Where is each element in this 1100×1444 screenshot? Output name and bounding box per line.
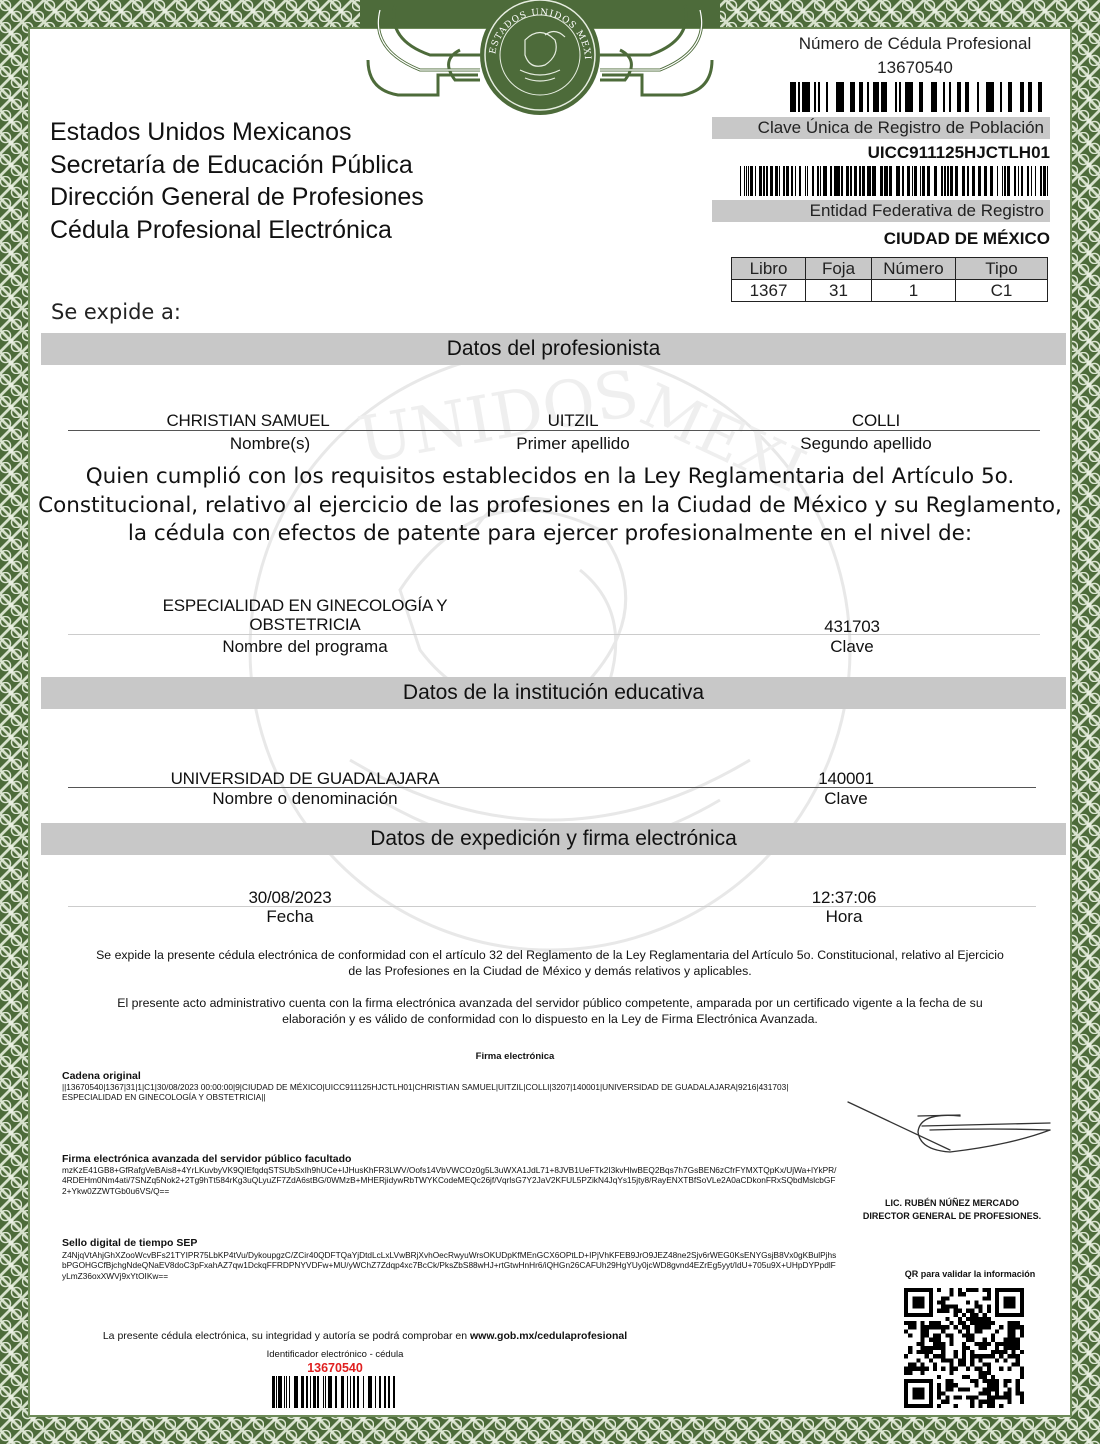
- curp-label-bar: Clave Única de Registro de Población: [712, 117, 1050, 139]
- professional-second-surname: COLLI: [696, 411, 1056, 431]
- program-clave-label: Clave: [752, 637, 952, 657]
- sello-digital-value: Z4NjqVtAhjGhXZooWcvBFs21TYIPR75LbKP4tVu/…: [62, 1250, 837, 1281]
- program-name-line-1: ESPECIALIDAD EN GINECOLOGÍA Y: [130, 596, 480, 615]
- cedula-number: 13670540: [760, 58, 1070, 78]
- legal-paragraph-2-line-2: elaboración y es válido de conformidad c…: [45, 1011, 1055, 1027]
- issuance-date-label: Fecha: [190, 907, 390, 927]
- legal-paragraph-2-line-1: El presente acto administrativo cuenta c…: [45, 995, 1055, 1011]
- cadena-original-label: Cadena original: [62, 1070, 141, 1082]
- cedula-number-label: Número de Cédula Profesional: [760, 34, 1070, 54]
- signer-name: LIC. RUBÉN NÚÑEZ MERCADO: [842, 1197, 1062, 1210]
- identifier-barcode: [272, 1376, 398, 1408]
- qr-label: QR para validar la información: [880, 1269, 1060, 1279]
- legal-paragraph-1-line-2: de las Profesiones en la Ciudad de Méxic…: [45, 963, 1055, 979]
- issuer-header: Estados Unidos Mexicanos Secretaría de E…: [50, 116, 424, 246]
- professional-names: CHRISTIAN SAMUEL: [68, 411, 428, 431]
- header-ministry: Secretaría de Educación Pública: [50, 149, 424, 182]
- identifier-label: Identificador electrónico - cédula: [200, 1349, 470, 1360]
- issuance-time-label: Hora: [744, 907, 944, 927]
- section-professional-header: Datos del profesionista: [41, 333, 1066, 365]
- signer-block: LIC. RUBÉN NÚÑEZ MERCADO DIRECTOR GENERA…: [842, 1197, 1062, 1223]
- registry-value-foja: 31: [806, 280, 872, 302]
- second-surname-label: Segundo apellido: [686, 434, 1046, 454]
- registry-header-libro: Libro: [732, 258, 806, 280]
- issued-to-label: Se expide a:: [51, 300, 181, 324]
- institution-underline: [68, 787, 1036, 788]
- statement-line-2: Constitucional, relativo al ejercicio de…: [30, 492, 1070, 521]
- institution-name: UNIVERSIDAD DE GUADALAJARA: [130, 769, 480, 789]
- cadena-original-value: ||13670540|1367|31|1|C1|30/08/2023 00:00…: [62, 1082, 792, 1103]
- header-document-type: Cédula Profesional Electrónica: [50, 214, 424, 247]
- curp-label: Clave Única de Registro de Población: [712, 117, 1050, 139]
- legal-paragraph-1: Se expide la presente cédula electrónica…: [45, 947, 1055, 979]
- signer-title: DIRECTOR GENERAL DE PROFESIONES.: [842, 1210, 1062, 1223]
- legal-paragraph-1-line-1: Se expide la presente cédula electrónica…: [45, 947, 1055, 963]
- statement-line-1: Quien cumplió con los requisitos estable…: [30, 463, 1070, 492]
- registry-value-libro: 1367: [732, 280, 806, 302]
- issuance-date: 30/08/2023: [190, 888, 390, 908]
- national-seal-icon: ESTADOS UNIDOS MEXICANOS: [360, 0, 720, 120]
- verification-url-link[interactable]: www.gob.mx/cedulaprofesional: [470, 1330, 627, 1342]
- header-country: Estados Unidos Mexicanos: [50, 116, 424, 149]
- statement-line-3: la cédula con efectos de patente para ej…: [30, 520, 1070, 549]
- firma-avanzada-label: Firma electrónica avanzada del servidor …: [62, 1153, 351, 1165]
- registry-header-foja: Foja: [806, 258, 872, 280]
- verification-text: La presente cédula electrónica, su integ…: [55, 1330, 675, 1342]
- curp-barcode: [740, 166, 1050, 196]
- validation-qr-code[interactable]: [904, 1288, 1024, 1408]
- registry-table: Libro Foja Número Tipo 1367 31 1 C1: [731, 257, 1048, 302]
- entidad-value: CIUDAD DE MÉXICO: [712, 229, 1050, 249]
- institution-clave-label: Clave: [746, 789, 946, 809]
- legal-paragraph-2: El presente acto administrativo cuenta c…: [45, 995, 1055, 1027]
- sello-digital-label: Sello digital de tiempo SEP: [62, 1237, 197, 1249]
- entidad-label: Entidad Federativa de Registro: [712, 200, 1050, 222]
- registry-value-tipo: C1: [956, 280, 1048, 302]
- entidad-label-bar: Entidad Federativa de Registro: [712, 200, 1050, 222]
- issuance-time: 12:37:06: [744, 888, 944, 908]
- section-institution-header: Datos de la institución educativa: [41, 677, 1066, 709]
- cedula-barcode: [790, 82, 1048, 112]
- program-name-label: Nombre del programa: [130, 637, 480, 657]
- registry-header-numero: Número: [872, 258, 956, 280]
- registry-header-tipo: Tipo: [956, 258, 1048, 280]
- firma-avanzada-value: mzKzE41GB8+GfRafgVeBAis8+4YrLKuvbyVK9QIE…: [62, 1165, 837, 1196]
- curp-value: UICC911125HJCTLH01: [712, 143, 1050, 163]
- identifier-value: 13670540: [200, 1361, 470, 1375]
- names-underline: [68, 430, 1040, 431]
- institution-name-label: Nombre o denominación: [130, 789, 480, 809]
- registry-value-numero: 1: [872, 280, 956, 302]
- program-name: ESPECIALIDAD EN GINECOLOGÍA Y OBSTETRICI…: [130, 596, 480, 634]
- verification-prefix: La presente cédula electrónica, su integ…: [103, 1330, 470, 1342]
- program-underline: [68, 634, 1040, 635]
- section-issuance-header: Datos de expedición y firma electrónica: [41, 823, 1066, 855]
- handwritten-signature-icon: [840, 1090, 1070, 1170]
- firma-electronica-title: Firma electrónica: [400, 1051, 630, 1062]
- program-name-line-2: OBSTETRICIA: [130, 615, 480, 634]
- institution-clave: 140001: [746, 769, 946, 789]
- header-directorate: Dirección General de Profesiones: [50, 181, 424, 214]
- legal-statement: Quien cumplió con los requisitos estable…: [30, 463, 1070, 549]
